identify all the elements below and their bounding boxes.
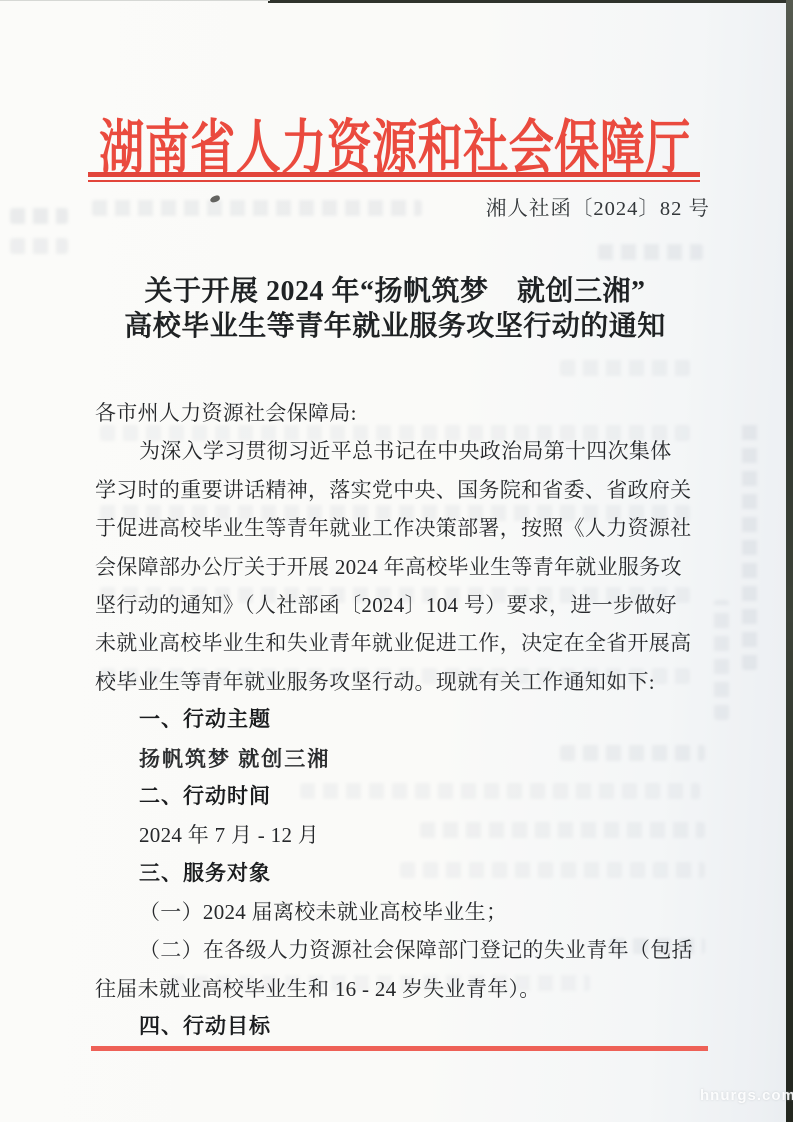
body-line: 三、服务对象 [95, 855, 692, 893]
body-line: （二）在各级人力资源社会保障部门登记的失业青年（包括 [95, 931, 692, 969]
body-line: 扬帆筑梦 就创三湘 [95, 740, 692, 778]
body-line: 二、行动时间 [95, 778, 692, 816]
page-bottom-red-rule [91, 1046, 708, 1051]
document-title-line1: 关于开展 2024 年“扬帆筑梦 就创三湘” [50, 274, 740, 309]
bleedthrough-artifact [742, 420, 757, 670]
scan-edge-right [786, 0, 793, 1122]
document-body: 各市州人力资源社会保障局:为深入学习贯彻习近平总书记在中央政治局第十四次集体学习… [95, 394, 692, 1047]
scan-edge-top [268, 0, 793, 3]
body-line: 未就业高校毕业生和失业青年就业促进工作，决定在全省开展高 [95, 624, 692, 662]
body-line: 于促进高校毕业生等青年就业工作决策部署，按照《人力资源社 [95, 509, 692, 547]
scanned-document-page: 湖南省人力资源和社会保障厅 湘人社函〔2024〕82 号 关于开展 2024 年… [0, 0, 793, 1122]
site-watermark: hnurgs.com [700, 1087, 793, 1104]
bleedthrough-artifact [598, 244, 703, 260]
letterhead-double-rule [88, 172, 700, 182]
body-line: 往届未就业高校毕业生和 16 - 24 岁失业青年）。 [95, 970, 692, 1008]
bleedthrough-artifact [10, 238, 68, 254]
body-line: 各市州人力资源社会保障局: [95, 394, 692, 432]
body-line: 四、行动目标 [95, 1008, 692, 1046]
body-line: 2024 年 7 月 - 12 月 [95, 816, 692, 854]
document-number: 湘人社函〔2024〕82 号 [95, 191, 710, 221]
body-line: 为深入学习贯彻习近平总书记在中央政治局第十四次集体 [95, 432, 692, 470]
body-line: 校毕业生等青年就业服务攻坚行动。现就有关工作通知如下: [95, 663, 692, 701]
bleedthrough-artifact [714, 600, 729, 720]
document-title-line2: 高校毕业生等青年就业服务攻坚行动的通知 [50, 309, 740, 344]
body-line: 学习时的重要讲话精神，落实党中央、国务院和省委、省政府关 [95, 471, 692, 509]
body-line: 一、行动主题 [95, 701, 692, 739]
bleedthrough-artifact [560, 360, 690, 376]
body-line: 会保障部办公厅关于开展 2024 年高校毕业生等青年就业服务攻 [95, 548, 692, 586]
body-line: 坚行动的通知》（人社部函〔2024〕104 号）要求，进一步做好 [95, 586, 692, 624]
body-line: （一）2024 届离校未就业高校毕业生； [95, 893, 692, 931]
bleedthrough-artifact [10, 208, 68, 224]
document-title: 关于开展 2024 年“扬帆筑梦 就创三湘” 高校毕业生等青年就业服务攻坚行动的… [50, 274, 740, 344]
scan-edge-top-thin [0, 0, 270, 1]
